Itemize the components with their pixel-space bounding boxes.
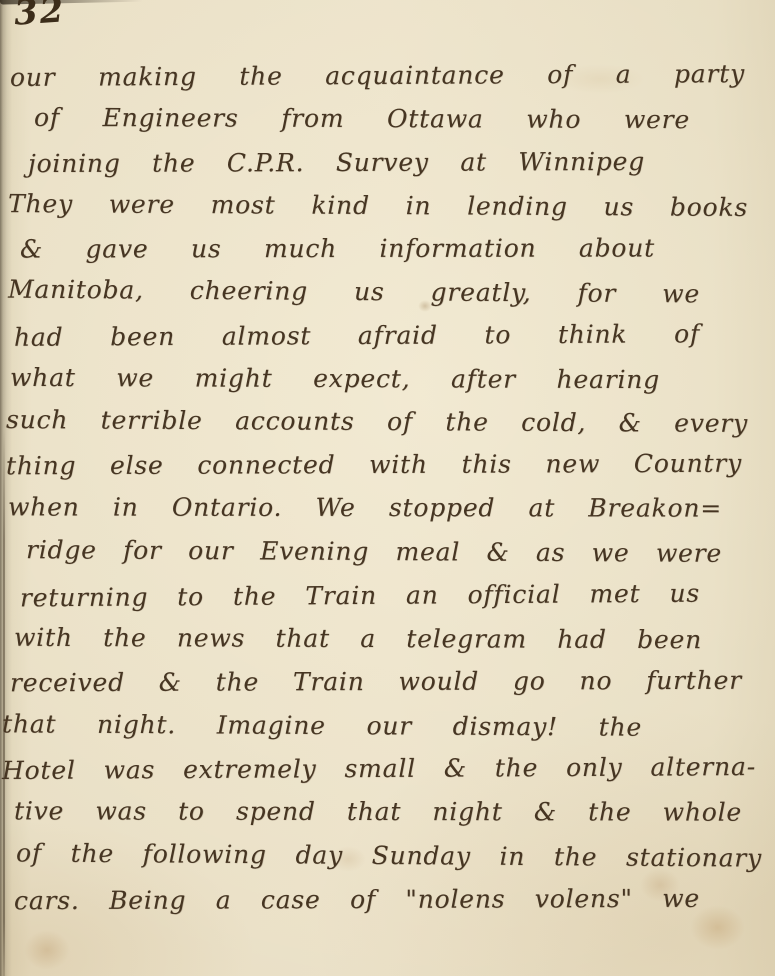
manuscript-line: our making the acquaintance of a party <box>10 60 745 98</box>
manuscript-page: 32 our making the acquaintance of a part… <box>0 0 775 976</box>
manuscript-line: returning to the Train an official met u… <box>20 580 700 619</box>
page-binding-edge <box>0 0 12 976</box>
manuscript-line: of the following day Sunday in the stati… <box>16 839 762 878</box>
manuscript-line: thing else connected with this new Count… <box>6 450 742 487</box>
manuscript-line: & gave us much information about <box>20 234 655 269</box>
manuscript-line: when in Ontario. We stopped at Breakon= <box>8 493 722 528</box>
manuscript-line: what we might expect, after hearing <box>10 364 660 400</box>
manuscript-line: They were most kind in lending us books <box>8 190 748 228</box>
manuscript-line: tive was to spend that night & the whole <box>14 797 742 832</box>
page-edge-line <box>3 430 5 976</box>
manuscript-line: had been almost afraid to think of <box>14 320 700 358</box>
manuscript-line: joining the C.P.R. Survey at Winnipeg <box>28 148 645 184</box>
manuscript-line: Manitoba, cheering us greatly, for we <box>8 276 700 315</box>
manuscript-line: that night. Imagine our dismay! the <box>2 710 642 747</box>
manuscript-line: ridge for our Evening meal & as we were <box>26 536 722 574</box>
manuscript-line: with the news that a telegram had been <box>14 624 702 660</box>
manuscript-line: Hotel was extremely small & the only alt… <box>2 753 756 791</box>
manuscript-line: such terrible accounts of the cold, & ev… <box>6 406 748 444</box>
page-number: 32 <box>13 0 67 34</box>
paper-stain <box>24 930 70 970</box>
manuscript-line: cars. Being a case of "nolens volens" we <box>14 885 700 921</box>
manuscript-line: of Engineers from Ottawa who were <box>34 104 690 140</box>
manuscript-line: received & the Train would go no further <box>10 667 742 704</box>
